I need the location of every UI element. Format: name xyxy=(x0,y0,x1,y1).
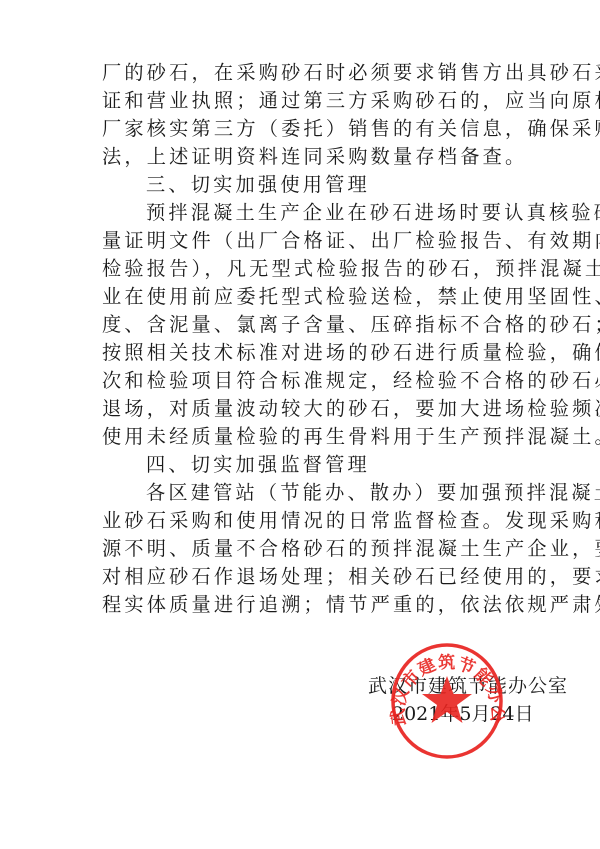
paragraph-line: 使用未经质量检验的再生骨料用于生产预拌混凝土。 xyxy=(102,423,506,451)
paragraph-line: 厂家核实第三方（委托）销售的有关信息，确保采购渠道合 xyxy=(102,115,506,143)
paragraph-line: 对相应砂石作退场处理；相关砂石已经使用的，要求其对工 xyxy=(102,563,506,591)
paragraph-line: 度、含泥量、氯离子含量、压碎指标不合格的砂石；要严格 xyxy=(102,311,506,339)
section-heading-3: 三、切实加强使用管理 xyxy=(102,171,506,199)
paragraph-line: 法，上述证明资料连同采购数量存档备查。 xyxy=(102,143,506,171)
paragraph-line: 预拌混凝土生产企业在砂石进场时要认真核验砂石质 xyxy=(102,199,506,227)
paragraph-line: 次和检验项目符合标准规定，经检验不合格的砂石必须坚决 xyxy=(102,367,506,395)
paragraph-line: 厂的砂石，在采购砂石时必须要求销售方出具砂石采矿许可 xyxy=(102,59,506,87)
document-page: 厂的砂石，在采购砂石时必须要求销售方出具砂石采矿许可 证和营业执照；通过第三方采… xyxy=(0,0,600,849)
paragraph-line: 证和营业执照；通过第三方采购砂石的，应当向原材料生产 xyxy=(102,87,506,115)
signature-block: 武汉市建筑节能办公室 2021年5月24日 xyxy=(368,672,538,728)
paragraph-line: 源不明、质量不合格砂石的预拌混凝土生产企业，要责令其 xyxy=(102,535,506,563)
document-body: 厂的砂石，在采购砂石时必须要求销售方出具砂石采矿许可 证和营业执照；通过第三方采… xyxy=(102,59,506,619)
paragraph-line: 各区建管站（节能办、散办）要加强预拌混凝土生产企 xyxy=(102,479,506,507)
paragraph-line: 退场，对质量波动较大的砂石，要加大进场检验频次；严禁 xyxy=(102,395,506,423)
paragraph-line: 量证明文件（出厂合格证、出厂检验报告、有效期内的型式 xyxy=(102,227,506,255)
paragraph-line: 业砂石采购和使用情况的日常监督检查。发现采购和使用来 xyxy=(102,507,506,535)
issuing-organization: 武汉市建筑节能办公室 xyxy=(368,672,538,700)
issue-date: 2021年5月24日 xyxy=(368,700,538,728)
paragraph-line: 业在使用前应委托型式检验送检，禁止使用坚固性、抗压强 xyxy=(102,283,506,311)
paragraph-line: 按照相关技术标准对进场的砂石进行质量检验，确保检验批 xyxy=(102,339,506,367)
section-heading-4: 四、切实加强监督管理 xyxy=(102,451,506,479)
paragraph-line: 程实体质量进行追溯；情节严重的，依法依规严肃处理。 xyxy=(102,591,506,619)
paragraph-line: 检验报告），凡无型式检验报告的砂石，预拌混凝土生产企 xyxy=(102,255,506,283)
